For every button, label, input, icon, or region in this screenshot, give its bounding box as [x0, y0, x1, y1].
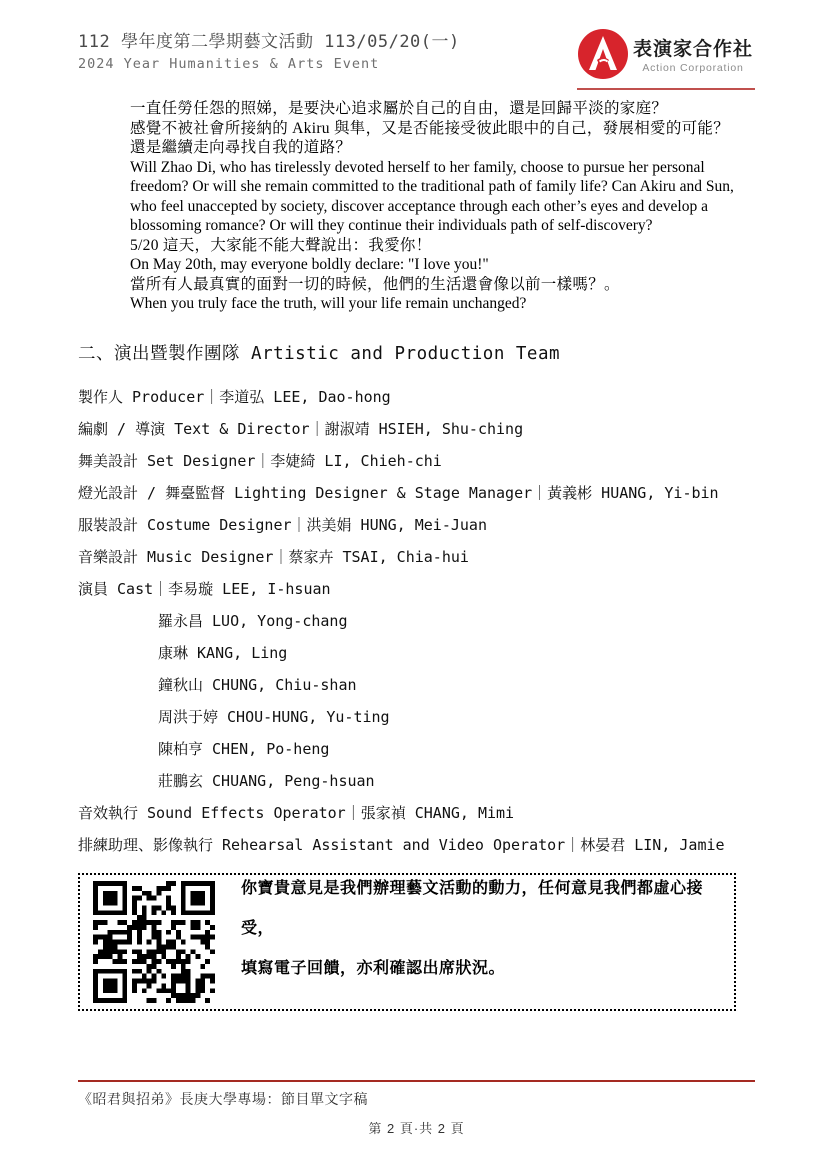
intro-date-line-en: On May 20th, may everyone boldly declare… [130, 255, 742, 275]
org-logo-text: 表演家合作社 Action Corporation [633, 34, 753, 74]
logo-underline [577, 88, 755, 90]
intro-en-paragraph: Will Zhao Di, who has tirelessly devoted… [130, 158, 742, 236]
header-titles: 112 學年度第二學期藝文活動 113/05/20(一) 2024 Year H… [78, 28, 460, 74]
intro-zh-line: 一直任勞任怨的照娣，是要決心追求屬於自己的自由，還是回歸平淡的家庭？ [130, 99, 760, 119]
intro-section: 一直任勞任怨的照娣，是要決心追求屬於自己的自由，還是回歸平淡的家庭？ 感覺不被社… [130, 99, 760, 314]
org-logo-row: 表演家合作社 Action Corporation [577, 28, 755, 80]
feedback-line: 填寫電子回饋，亦利確認出席狀況。 [241, 949, 734, 989]
credit-line: 燈光設計 / 舞臺監督 Lighting Designer & Stage Ma… [78, 477, 755, 509]
org-name: 表演家合作社 [633, 34, 753, 61]
cast-member: 陳柏亨 CHEN, Po-heng [78, 733, 755, 765]
cast-member: 鐘秋山 CHUNG, Chiu-shan [78, 669, 755, 701]
feedback-box: 你寶貴意見是我們辦理藝文活動的動力，任何意見我們都虛心接受， 填寫電子回饋，亦利… [78, 873, 736, 1011]
qr-code [93, 881, 215, 1003]
program-page: 112 學年度第二學期藝文活動 113/05/20(一) 2024 Year H… [0, 0, 827, 1170]
feedback-line: 你寶貴意見是我們辦理藝文活動的動力，任何意見我們都虛心接受， [241, 869, 734, 949]
page-indicator: 第 2 頁·共 2 頁 [78, 1118, 755, 1137]
credit-line: 製作人 Producer｜李道弘 LEE, Dao-hong [78, 381, 755, 413]
credits-list: 製作人 Producer｜李道弘 LEE, Dao-hong 編劇 / 導演 T… [78, 381, 755, 861]
cast-member: 羅永昌 LUO, Yong-chang [78, 605, 755, 637]
team-section-heading: 二、演出暨製作團隊 Artistic and Production Team [78, 340, 755, 365]
intro-zh-line: 感覺不被社會所接納的 Akiru 與隼，又是否能接受彼此眼中的自己，發展相愛的可… [130, 119, 760, 139]
org-logo-icon [577, 28, 629, 80]
org-name-en: Action Corporation [633, 62, 753, 74]
credit-line: 編劇 / 導演 Text & Director｜謝淑靖 HSIEH, Shu-c… [78, 413, 755, 445]
cast-member: 莊鵬玄 CHUANG, Peng-hsuan [78, 765, 755, 797]
cast-member: 周洪于婷 CHOU-HUNG, Yu-ting [78, 701, 755, 733]
cast-member: 康琳 KANG, Ling [78, 637, 755, 669]
intro-closing-zh: 當所有人最真實的面對一切的時候，他們的生活還會像以前一樣嗎？。 [130, 275, 760, 295]
footer-rule [78, 1080, 755, 1082]
page-header: 112 學年度第二學期藝文活動 113/05/20(一) 2024 Year H… [78, 28, 755, 90]
credit-line: 服裝設計 Costume Designer｜洪美娟 HUNG, Mei-Juan [78, 509, 755, 541]
org-logo-block: 表演家合作社 Action Corporation [577, 28, 755, 90]
page-footer: 《昭君與招弟》長庚大學專場：節目單文字稿 第 2 頁·共 2 頁 [78, 1080, 755, 1137]
event-subtitle: 2024 Year Humanities & Arts Event [78, 54, 460, 74]
credit-line: 排練助理、影像執行 Rehearsal Assistant and Video … [78, 829, 755, 861]
credit-line: 音樂設計 Music Designer｜蔡家卉 TSAI, Chia-hui [78, 541, 755, 573]
feedback-text: 你寶貴意見是我們辦理藝文活動的動力，任何意見我們都虛心接受， 填寫電子回饋，亦利… [241, 869, 734, 1015]
credit-line: 音效執行 Sound Effects Operator｜張家禎 CHANG, M… [78, 797, 755, 829]
intro-zh-line: 還是繼續走向尋找自我的道路？ [130, 138, 760, 158]
footer-doc-title: 《昭君與招弟》長庚大學專場：節目單文字稿 [78, 1089, 755, 1109]
credit-line: 演員 Cast｜李易璇 LEE, I-hsuan [78, 573, 755, 605]
intro-closing-en: When you truly face the truth, will your… [130, 294, 742, 314]
intro-date-line-zh: 5/20 這天，大家能不能大聲說出：我愛你！ [130, 236, 760, 256]
event-title: 112 學年度第二學期藝文活動 113/05/20(一) [78, 30, 460, 54]
credit-line: 舞美設計 Set Designer｜李婕綺 LI, Chieh-chi [78, 445, 755, 477]
